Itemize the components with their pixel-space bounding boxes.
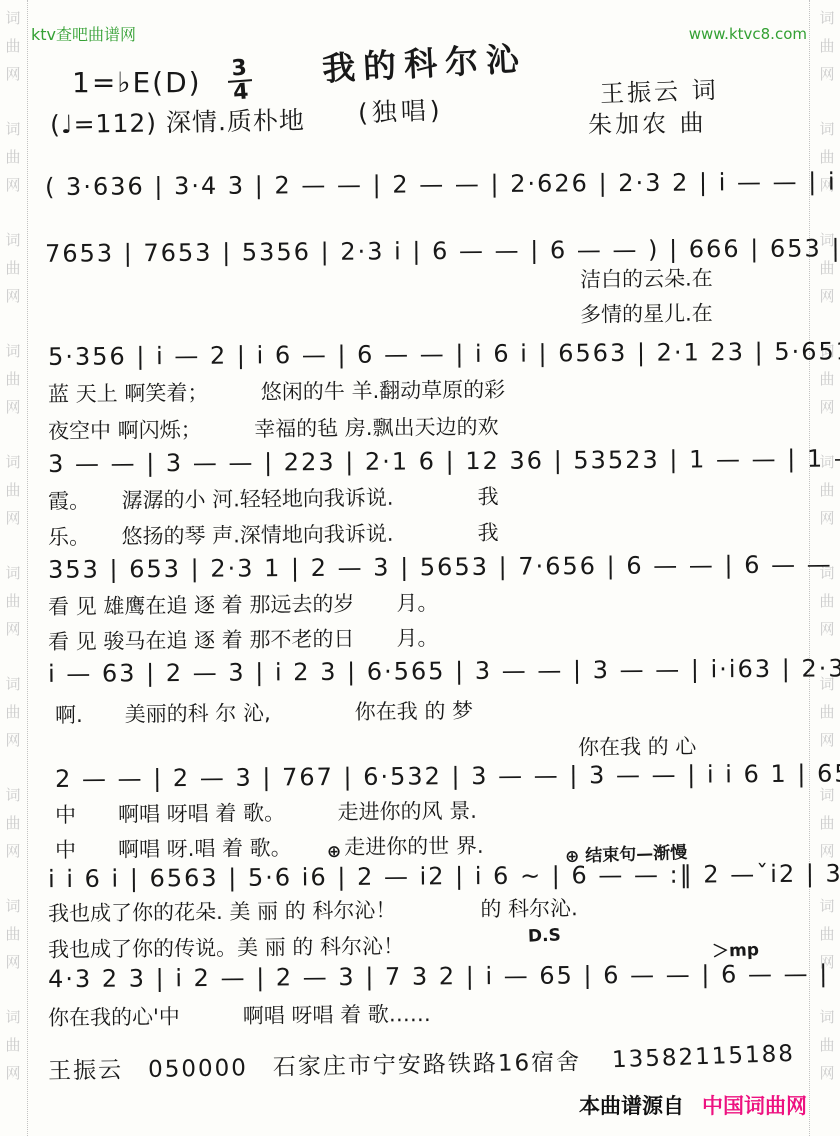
song-subtitle: (独唱) — [357, 91, 444, 130]
watermark-char: 词 — [815, 1003, 839, 1031]
watermark-char: 曲 — [1, 254, 25, 282]
watermark-char: 词 — [1, 4, 25, 32]
watermark-char: 网 — [1, 171, 25, 199]
score-notation-line: 353 | 653 | 2·3 1 | 2 — 3 | 5653 | 7·656… — [48, 550, 840, 584]
footer-attribution-prefix: 本曲谱源自 — [579, 1090, 684, 1120]
watermark-char: 词 — [1, 448, 25, 476]
score-lyric-line: 中 啊唱 呀.唱 着 歌。 走进你的世 界. — [55, 830, 484, 864]
watermark-char: 词 — [1, 559, 25, 587]
watermark-gap — [815, 88, 839, 115]
watermark-char: 网 — [1, 1059, 25, 1087]
score-annotation-line: D.S — [528, 925, 562, 946]
score-lyric-line: 乐。 悠扬的琴 声.深情地向我诉说. 我 — [48, 517, 499, 552]
site-url-link[interactable]: www.ktvc8.com — [689, 25, 807, 43]
footer-source-site-link[interactable]: 中国词曲网 — [702, 1090, 807, 1120]
score-lyric-line: 我也成了你的花朵. 美 丽 的 科尔沁！ 的 科尔沁. — [48, 892, 578, 928]
watermark-char: 曲 — [815, 365, 839, 393]
watermark-char: 网 — [815, 393, 839, 421]
score-notation-line: 4·3 2 3 | i 2 — | 2 — 3 | 7 3 2 | i — 65… — [48, 959, 840, 993]
watermark-char: 词 — [1, 226, 25, 254]
score-lyric-line: 你在我 的 心 — [578, 730, 697, 761]
watermark-char: 曲 — [815, 809, 839, 837]
watermark-gap — [1, 310, 25, 337]
watermark-gap — [1, 865, 25, 892]
score-lyric-line: 中 啊唱 呀唱 着 歌。 走进你的风 景. — [55, 795, 477, 829]
watermark-char: 网 — [1, 393, 25, 421]
watermark-char: 词 — [1, 670, 25, 698]
watermark-char: 曲 — [1, 32, 25, 60]
watermark-char: 曲 — [1, 698, 25, 726]
watermark-char: 网 — [1, 615, 25, 643]
watermark-char: 网 — [815, 1059, 839, 1087]
score-lyric-line: 蓝 天上 啊笑着； 悠闲的牛 羊.翻动草原的彩 — [48, 374, 505, 409]
left-dotted-border — [27, 0, 28, 1136]
time-signature: 3 4 — [226, 57, 253, 105]
watermark-gap — [1, 643, 25, 670]
watermark-char: 词 — [815, 115, 839, 143]
contact-phone: 13582115188 — [612, 1041, 796, 1073]
watermark-gap — [815, 310, 839, 337]
score-annotation-line: ＞mp — [712, 935, 760, 962]
score-annotation-line: ⊕ — [327, 842, 342, 862]
watermark-char: 网 — [815, 282, 839, 310]
score-lyric-line: 看 见 骏马在追 逐 着 那不老的日 月。 — [48, 622, 439, 656]
watermark-gap — [815, 1087, 839, 1114]
watermark-char: 网 — [1, 948, 25, 976]
score-lyric-line: 多情的星儿.在 — [580, 297, 713, 328]
watermark-char: 曲 — [1, 143, 25, 171]
score-lyric-line: 我也成了你的传说。美 丽 的 科尔沁！ — [48, 930, 404, 964]
watermark-char: 曲 — [1, 365, 25, 393]
score-notation-line: 7653 | 7653 | 5356 | 2·3 i | 6 — — | 6 —… — [45, 234, 840, 268]
watermark-char: 网 — [815, 726, 839, 754]
watermark-char: 网 — [1, 726, 25, 754]
watermark-char: 曲 — [815, 476, 839, 504]
watermark-char: 词 — [1, 337, 25, 365]
site-name-link[interactable]: ktv查吧曲谱网 — [31, 22, 136, 45]
watermark-gap — [1, 421, 25, 448]
contact-address: 王振云 050000 石家庄市宁安路铁路16宿舍 — [48, 1043, 582, 1085]
key-signature: 1=♭E(D) — [72, 66, 202, 99]
watermark-char: 网 — [815, 60, 839, 88]
watermark-char: 网 — [815, 615, 839, 643]
watermark-gap — [1, 976, 25, 1003]
watermark-char: 曲 — [1, 476, 25, 504]
watermark-char: 词 — [1, 1003, 25, 1031]
watermark-gap — [1, 532, 25, 559]
score-notation-line: 5·356 | i — 2 | i 6 — | 6 — — | i 6 i | … — [48, 337, 840, 371]
watermark-char: 曲 — [1, 587, 25, 615]
watermark-char: 曲 — [815, 32, 839, 60]
watermark-char: 网 — [815, 504, 839, 532]
score-notation-line: 2 — — | 2 — 3 | 767 | 6·532 | 3 — — | 3 … — [55, 759, 840, 793]
watermark-char: 词 — [815, 892, 839, 920]
score-lyric-line: 看 见 雄鹰在追 逐 着 那远去的岁 月。 — [48, 587, 439, 621]
watermark-gap — [1, 199, 25, 226]
score-lyric-line: 洁白的云朵.在 — [580, 262, 713, 293]
watermark-char: 曲 — [1, 920, 25, 948]
watermark-char: 曲 — [815, 587, 839, 615]
watermark-char: 网 — [1, 837, 25, 865]
watermark-char: 网 — [1, 504, 25, 532]
composer-credit: 朱加农 曲 — [588, 103, 707, 140]
watermark-gap — [815, 199, 839, 226]
watermark-char: 词 — [1, 115, 25, 143]
watermark-char: 网 — [1, 282, 25, 310]
watermark-char: 曲 — [815, 698, 839, 726]
watermark-char: 词 — [1, 892, 25, 920]
watermark-char: 曲 — [1, 809, 25, 837]
watermark-gap — [1, 88, 25, 115]
watermark-char: 词 — [1, 781, 25, 809]
score-lyric-line: 霞。 潺潺的小 河.轻轻地向我诉说. 我 — [48, 481, 499, 516]
song-title: 我的科尔沁 — [321, 33, 528, 91]
watermark-char: 网 — [1, 60, 25, 88]
score-notation-line: 3 — — | 3 — — | 223 | 2·1 6 | 12 36 | 53… — [48, 444, 840, 478]
score-notation-line: i — 63 | 2 — 3 | i 2 3 | 6·565 | 3 — — |… — [48, 654, 840, 688]
watermark-char: 曲 — [1, 1031, 25, 1059]
score-lyric-line: 你在我的心'中 啊唱 呀唱 着 歌…… — [48, 998, 431, 1032]
score-lyric-line: 夜空中 啊闪烁； 幸福的毡 房.飘出天边的欢 — [48, 411, 499, 446]
score-lyric-line: 啊. 美丽的科 尔 沁, 你在我 的 梦 — [55, 695, 473, 729]
watermark-left-column: 词曲网词曲网词曲网词曲网词曲网词曲网词曲网词曲网词曲网词曲网 — [1, 4, 25, 1114]
watermark-char: 曲 — [815, 1031, 839, 1059]
tempo-marking: (♩=112) 深情.质朴地 — [50, 101, 305, 141]
score-notation-line: ( 3·636 | 3·4 3 | 2 — — | 2 — — | 2·626 … — [45, 167, 840, 201]
watermark-char: 曲 — [815, 920, 839, 948]
watermark-gap — [1, 754, 25, 781]
watermark-gap — [1, 1087, 25, 1114]
footer-attribution: 本曲谱源自 中国词曲网 — [579, 1090, 807, 1120]
score-notation-line: i i 6 i | 6563 | 5·6 i6 | 2 — i2 | i 6 ~… — [48, 859, 840, 893]
watermark-char: 词 — [815, 4, 839, 32]
